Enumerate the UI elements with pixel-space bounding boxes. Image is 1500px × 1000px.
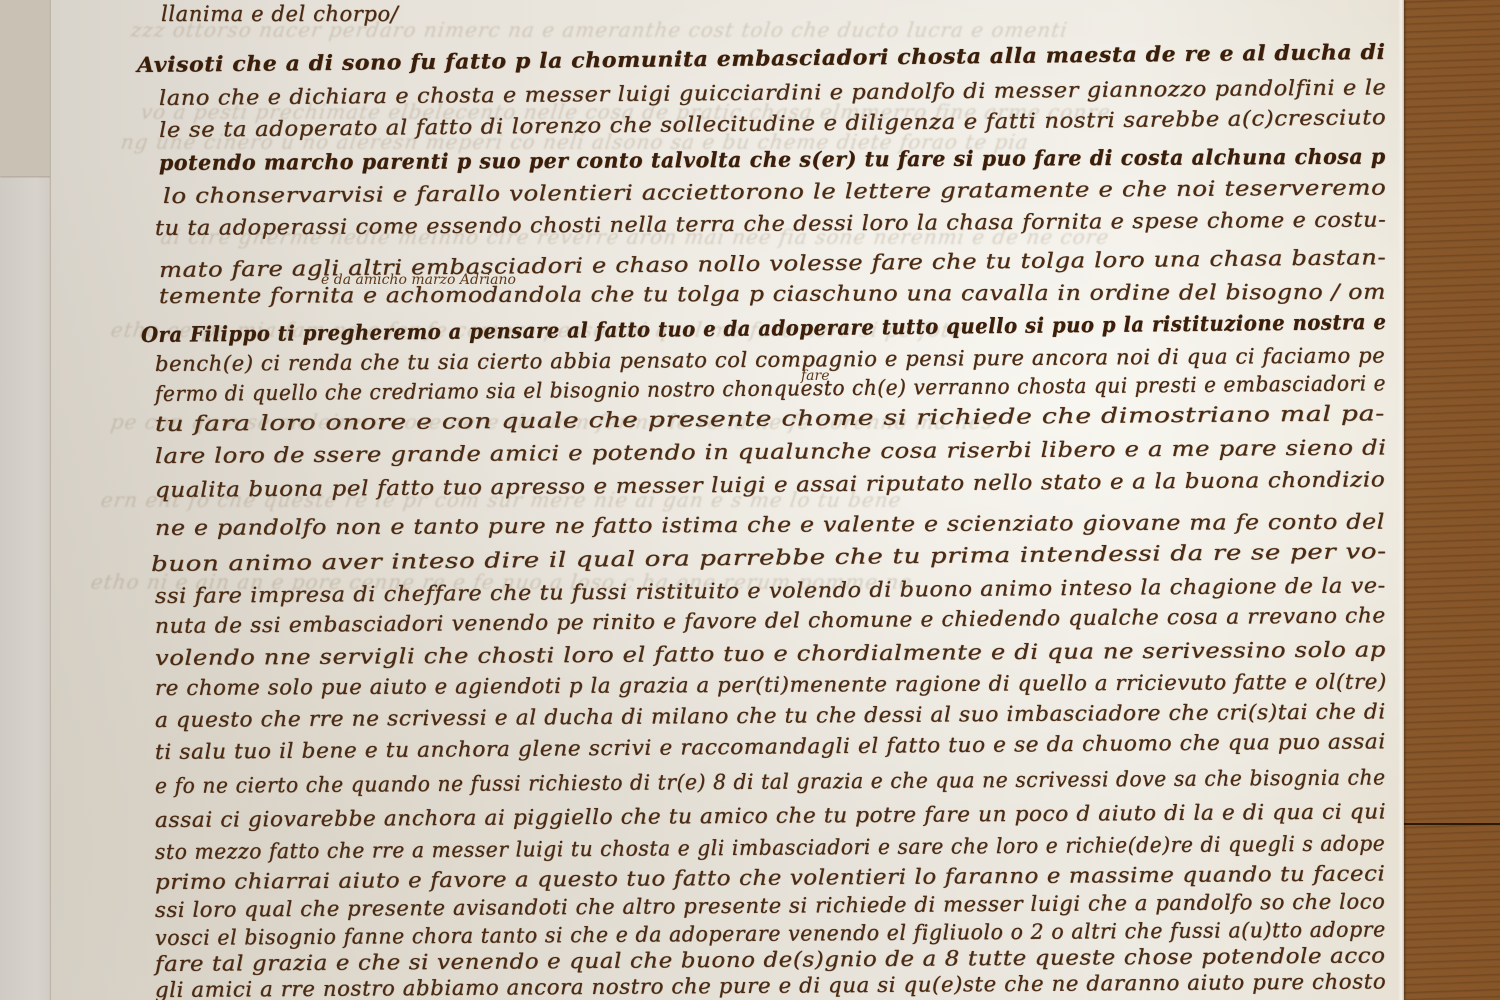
- wood-plank-seam: [1403, 823, 1500, 825]
- manuscript-line: volendo nne servigli che chosti loro el …: [155, 637, 1386, 670]
- manuscript-line: Avisoti che a di sono fu fatto p la chom…: [137, 39, 1386, 77]
- manuscript-line: lare loro de ssere grande amici e potend…: [155, 435, 1387, 468]
- manuscript-line: a questo che rre ne scrivessi e al ducha…: [155, 699, 1386, 732]
- manuscript-line: tu ta adoperassi come essendo chosti nel…: [155, 207, 1387, 240]
- manuscript-line: nuta de ssi embasciadori venendo pe rini…: [155, 603, 1386, 638]
- paper-right-edge: [1398, 0, 1404, 1000]
- manuscript-line: fermo di quello che credriamo sia el bis…: [155, 371, 1386, 406]
- manuscript-line: primo chiarrai aiuto e favore a questo t…: [155, 861, 1386, 894]
- manuscript-line: ne e pandolfo non e tanto pure ne fatto …: [155, 510, 1385, 540]
- underlying-sheet-fold: [0, 0, 55, 177]
- manuscript-line: assai ci giovarebbe anchora ai piggiello…: [155, 799, 1386, 832]
- manuscript-line: ssi loro qual che presente avisandoti ch…: [155, 889, 1386, 922]
- manuscript-line: ti salu tuo il bene e tu anchora glene s…: [155, 729, 1386, 764]
- manuscript-line: e fo ne cierto che quando ne fussi richi…: [155, 765, 1386, 798]
- manuscript-line: re chome solo pue aiuto e agiendoti p la…: [155, 670, 1387, 700]
- manuscript-line: sto mezzo fatto che rre a messer luigi t…: [155, 831, 1385, 864]
- manuscript-line: lo chonservarvisi e farallo volentieri a…: [163, 175, 1387, 208]
- manuscript-line: potendo marcho parenti p suo per conto t…: [159, 144, 1386, 175]
- manuscript-line: temente fornita e achomodandola che tu t…: [159, 280, 1386, 308]
- manuscript-line: bench(e) ci renda che tu sia cierto abbi…: [155, 343, 1385, 376]
- photo-scene: zzz ottorso nacer perdaro nimerc na e am…: [0, 0, 1500, 1000]
- manuscript-page: zzz ottorso nacer perdaro nimerc na e am…: [50, 0, 1404, 1000]
- header-line: llanima e del chorpo/: [161, 2, 398, 26]
